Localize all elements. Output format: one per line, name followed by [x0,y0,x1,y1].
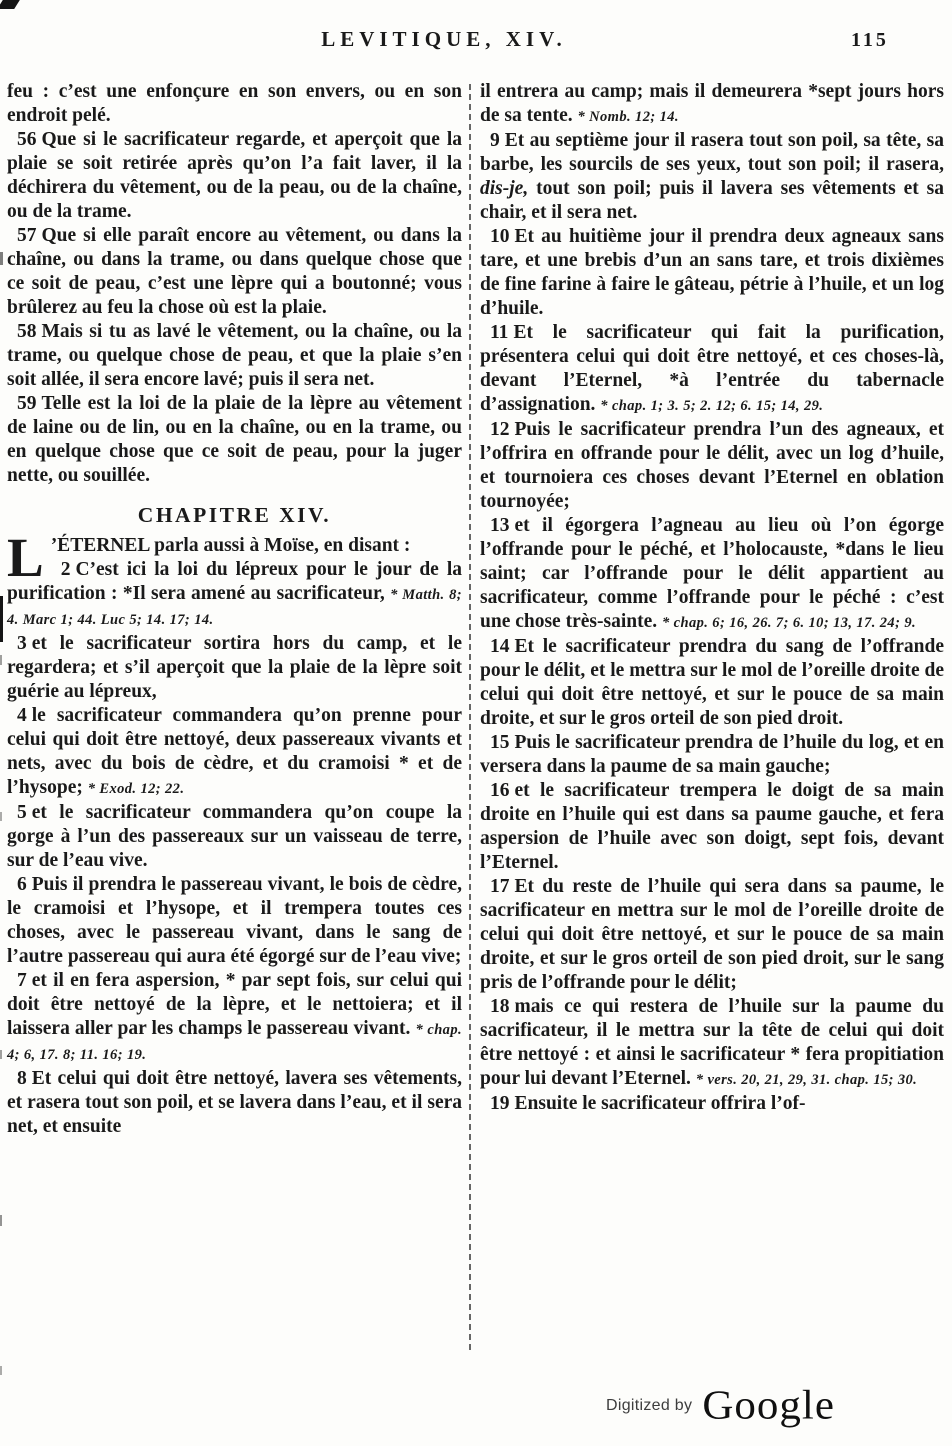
verse-text: et le sacrificateur sortira hors du camp… [7,633,462,702]
verse-13: 13et il égorgera l’agneau au lieu où l’o… [480,514,944,635]
verse-18: 18mais ce qui restera de l’huile sur la … [480,995,944,1092]
verse-56: 56Que si le sacrificateur regarde, et ap… [7,128,462,224]
verse-number: 2 [61,559,76,580]
verse-text: Et au septième jour il rasera tout son p… [480,130,944,175]
scan-artifact-dash [0,812,2,821]
verse-text: Puis le sacrificateur prendra l’un des a… [480,419,944,512]
scan-artifact-dash [0,655,2,665]
verse-continuation: feu : c’est une enfonçure en son envers,… [7,80,462,128]
verse-text: Et au huitième jour il prendra deux agne… [480,226,944,319]
scan-artifact-margin-line [0,596,3,642]
verse-number: 12 [490,419,515,440]
scan-artifact-dash [0,1215,2,1226]
verse-3: 3et le sacrificateur sortira hors du cam… [7,632,462,704]
verse-text: il entrera au camp; mais il demeurera *s… [480,81,944,126]
verse-continuation: il entrera au camp; mais il demeurera *s… [480,80,944,129]
cross-reference: * chap. 1; 3. 5; 2. 12; 6. 15; 14, 29. [600,398,823,414]
cross-reference: * vers. 20, 21, 29, 31. chap. 15; 30. [696,1072,917,1088]
cross-reference: * chap. 6; 16, 26. 7; 6. 10; 13, 17. 24;… [662,615,916,631]
verse-number: 10 [490,226,515,247]
verse-text: et il en fera aspersion, * par sept fois… [7,970,462,1039]
scan-artifact-dash [0,252,3,265]
verse-number: 8 [17,1068,32,1089]
verse-16: 16et le sacrificateur trempera le doigt … [480,779,944,875]
verse-4: 4le sacrificateur commandera qu’on prenn… [7,704,462,801]
left-column: feu : c’est une enfonçure en son envers,… [7,80,462,1139]
verse-number: 7 [17,970,32,991]
verse-number: 6 [17,874,32,895]
google-attribution: Digitized by Google [606,1381,835,1430]
verse-text: Mais si tu as lavé le vêtement, ou la ch… [7,321,462,390]
right-column: il entrera au camp; mais il demeurera *s… [480,80,944,1139]
verse-text: Telle est la loi de la plaie de la lèpre… [7,393,462,486]
verse-number: 57 [17,225,42,246]
chapter-heading: CHAPITRE XIV. [7,503,462,527]
verse-text: Et celui qui doit être nettoyé, lavera s… [7,1068,462,1137]
verse-text-italic: dis-je, [480,178,528,199]
google-logo: Google [702,1382,835,1429]
verse-number: 17 [490,876,515,897]
drop-cap: L [7,534,51,579]
verse-17: 17Et du reste de l’huile qui sera dans s… [480,875,944,995]
verse-number: 15 [490,732,515,753]
verse-8: 8Et celui qui doit être nettoyé, lavera … [7,1067,462,1139]
verse-number: 59 [17,393,42,414]
verse-5: 5et le sacrificateur commandera qu’on co… [7,801,462,873]
verse-11: 11Et le sacrificateur qui fait la purifi… [480,321,944,418]
verse-9: 9Et au septième jour il rasera tout son … [480,129,944,225]
verse-10: 10Et au huitième jour il prendra deux ag… [480,225,944,321]
verse-number: 16 [490,780,515,801]
verse-text: Que si elle paraît encore au vêtement, o… [7,225,462,318]
verse-text: Que si le sacrificateur regarde, et aper… [7,129,462,222]
scan-artifact-dash [0,1050,2,1059]
verse-number: 4 [17,705,32,726]
verse-text: Ensuite le sacrificateur offrira l’of- [515,1093,806,1114]
verse-1: L’ÉTERNEL parla aussi à Moïse, en disant… [7,534,462,558]
verse-number: 11 [490,322,513,343]
verse-text: tout son poil; puis il lavera ses vêteme… [480,178,944,223]
verse-7: 7et il en fera aspersion, * par sept foi… [7,969,462,1067]
verse-text: Puis il prendra le passereau vivant, le … [7,874,462,967]
verse-number: 5 [17,802,32,823]
verse-12: 12Puis le sacrificateur prendra l’un des… [480,418,944,514]
verse-text: et le sacrificateur commandera qu’on cou… [7,802,462,871]
verse-number: 3 [17,633,32,654]
verse-number: 19 [490,1093,515,1114]
verse-number: 18 [490,996,515,1017]
verse-number: 58 [17,321,42,342]
verse-text: Et du reste de l’huile qui sera dans sa … [480,876,944,993]
verse-text: le sacrificateur commandera qu’on prenne… [7,705,462,798]
verse-14: 14Et le sacrificateur prendra du sang de… [480,635,944,731]
running-head-title: LEVITIQUE, XIV. [321,27,567,52]
scan-artifact-corner [0,0,20,9]
verse-15: 15Puis le sacrificateur prendra de l’hui… [480,731,944,779]
verse-text: ’ÉTERNEL parla aussi à Moïse, en disant … [51,535,411,556]
verse-number: 9 [490,130,505,151]
verse-number: 56 [17,129,42,150]
verse-number: 13 [490,515,515,536]
verse-59: 59Telle est la loi de la plaie de la lèp… [7,392,462,488]
page-number: 115 [851,29,889,52]
verse-58: 58Mais si tu as lavé le vêtement, ou la … [7,320,462,392]
verse-text: Et le sacrificateur prendra du sang de l… [480,636,944,729]
verse-text: Puis le sacrificateur prendra de l’huile… [480,732,944,777]
cross-reference: * Nomb. 12; 14. [577,109,678,125]
verse-19: 19Ensuite le sacrificateur offrira l’of- [480,1092,944,1116]
verse-number: 14 [490,636,515,657]
text-columns: feu : c’est une enfonçure en son envers,… [0,80,952,1139]
scan-artifact-dash [0,1366,2,1375]
digitized-by-label: Digitized by [606,1397,692,1415]
verse-6: 6Puis il prendra le passereau vivant, le… [7,873,462,969]
verse-2: 2C’est ici la loi du lépreux pour le jou… [7,558,462,632]
verse-text: feu : c’est une enfonçure en son envers,… [7,81,462,126]
verse-57: 57Que si elle paraît encore au vêtement,… [7,224,462,320]
verse-text: et le sacrificateur trempera le doigt de… [480,780,944,873]
cross-reference: * Exod. 12; 22. [88,781,185,797]
